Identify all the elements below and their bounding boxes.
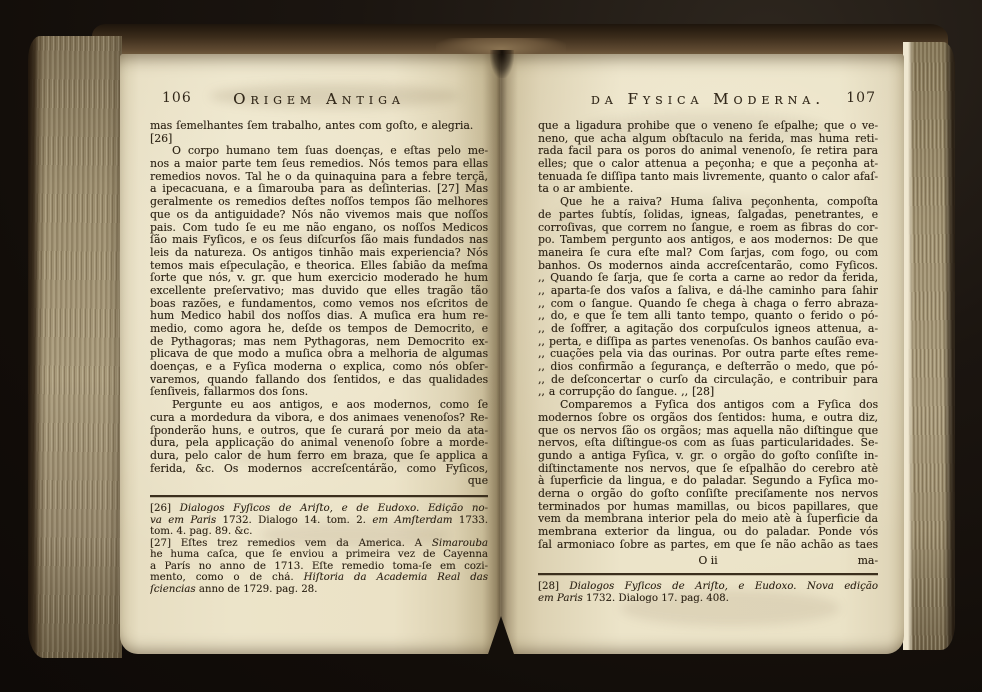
left-footnotes: [26] Dialogos Fyſicos de Ariſto, e de Eu… [150, 503, 488, 595]
footnote-segment: 1732. Dialogo 17. pag. 408. [586, 593, 729, 604]
text-line: ,, cuações pela via das ourinas. Por out… [538, 348, 878, 361]
footnote-line: mento, como o de chá. Hiſtoria da Academ… [150, 572, 488, 584]
text-line: corroſivas, que correm no ſangue, e roem… [538, 222, 878, 235]
text-line: dura, pela applicação do animal venenoſo… [150, 437, 488, 450]
text-line: ſal armoniaco ſobre as partes, em que ſe… [538, 539, 878, 552]
book-photo-scene: 106 Origem Antiga mas ſemelhantes ſem tr… [0, 0, 982, 692]
left-fore-edge [28, 36, 122, 658]
right-catchword: ma- [858, 554, 878, 567]
text-line: pais. Com tudo ſe eu me não engano, os n… [150, 222, 488, 235]
text-line: ſenſiveis, fallarmos dos ſons. [150, 386, 488, 399]
footnote-line: a París no anno de 1713. Eſte remedio to… [150, 561, 488, 573]
right-footnote-rule [538, 573, 878, 575]
text-line: geralmente os remedios deſtes noſſos tem… [150, 196, 488, 209]
text-line: mas ſemelhantes ſem trabalho, antes com … [150, 120, 488, 133]
footnote-segment: Hiſtoria da Academia Real das [304, 572, 488, 583]
spine-top-notch [490, 50, 514, 78]
text-line: ,, de deſconcertar o curſo da circulação… [538, 374, 878, 387]
text-line: ,, com o ſangue. Quando ſe chega à chaga… [538, 298, 878, 311]
text-line: derna o orgão do goſto conſiſte preciſam… [538, 488, 878, 501]
right-page-body: que a ligadura prohibe que o veneno ſe e… [538, 120, 878, 551]
left-page: 106 Origem Antiga mas ſemelhantes ſem tr… [120, 54, 500, 654]
left-running-title: Origem Antiga [150, 90, 488, 108]
footnote-segment: em Amſterdam [372, 515, 459, 526]
footnote-segment: [26] [150, 503, 180, 514]
text-line: hum Medico habil dos noſſos dias. A muſi… [150, 310, 488, 323]
text-line: à ſuperficie da lingua, e do paladar. Se… [538, 475, 878, 488]
text-line: ,, perta, e diſſipa as partes venenoſas.… [538, 336, 878, 349]
text-line: Pergunte eu aos antigos, e aos modernos,… [150, 399, 488, 412]
text-line: elles; que o calor attenua a peçonha; e … [538, 158, 878, 171]
text-line: doenças, e a Fyſica moderna o explica, c… [150, 361, 488, 374]
text-line: modernos ſobre os orgãos dos ſentidos: h… [538, 412, 878, 425]
right-footnotes: [28] Dialogos Fyſicos de Ariſto, e Eudox… [538, 581, 878, 604]
text-line: plicava de que modo a muſica obra a melh… [150, 348, 488, 361]
footnote-line: tom. 4. pag. 89. &c. [150, 526, 488, 538]
text-line: neno, que acha algum obſtaculo na ferida… [538, 133, 878, 146]
text-line: gundo a antiga Fyſica, v. gr. o orgão do… [538, 450, 878, 463]
footnote-segment: ſciencias [150, 584, 199, 595]
right-page: da Fysica Moderna. 107 que a ligadura pr… [500, 54, 904, 654]
footnote-segment: Dialogos Fyſicos de Ariſto, e Eudoxo. No… [569, 581, 878, 592]
text-line: ſponderão huns, e outros, que ſe curará … [150, 425, 488, 438]
footnote-line: he huma caſca, que ſe enviou a primeira … [150, 549, 488, 561]
footnote-segment: 1732. Dialogo 14. tom. 2. [223, 515, 373, 526]
text-line: dura, pelo calor de hum ferro em braza, … [150, 450, 488, 463]
footnote-segment: Simarouba [432, 538, 488, 549]
text-line: cura a mordedura da vibora, e dos animae… [150, 412, 488, 425]
text-line: ,, dios confirmão a ſegurança, e deſterr… [538, 361, 878, 374]
footnote-line: [27] Eſtes trez remedios vem da America.… [150, 538, 488, 550]
text-line: ſão mais Fyſicos, e os ſeus diſcurſos ſã… [150, 234, 488, 247]
text-line: ,, aparta-ſe dos vaſos a ſaliva, e dá-lh… [538, 285, 878, 298]
footnote-line: [26] Dialogos Fyſicos de Ariſto, e de Eu… [150, 503, 488, 515]
text-line: de partes ſubtís, ſolidas, igneas, ſalga… [538, 209, 878, 222]
text-line: Que he a raiva? Huma ſaliva peçonhenta, … [538, 196, 878, 209]
footnote-segment: Dialogos Fyſicos de Ariſto, e de Eudoxo.… [180, 503, 488, 514]
text-line: membrana exterior da lingua, ou do palad… [538, 526, 878, 539]
right-page-header: da Fysica Moderna. 107 [538, 90, 878, 110]
footnote-segment: va em Paris [150, 515, 223, 526]
footnote-segment: mento, como o de chá. [150, 572, 304, 583]
signature-row: O ii ma- [538, 554, 878, 567]
text-line: Comparemos a Fyſica dos antigos com a Fy… [538, 399, 878, 412]
text-line: temos mais eſpeculação, e theorica. Elle… [150, 260, 488, 273]
text-line: ta o ar ambiente. [538, 183, 878, 196]
text-line: ,, a corrupção do ſangue. ,, [28] [538, 386, 878, 399]
text-line: excellente preſervativo; mas duvido que … [150, 285, 488, 298]
left-page-number: 106 [162, 90, 192, 106]
text-line: diſtinctamente nos nervos, que ſe eſpalh… [538, 463, 878, 476]
text-line: ,, Quando ſe ſarja, que ſe corta a carne… [538, 272, 878, 285]
footnote-line: ſciencias anno de 1729. pag. 28. [150, 584, 488, 596]
right-fore-edge [903, 42, 955, 650]
text-line: ſorte que nós, v. gr. que hum exercicio … [150, 272, 488, 285]
footnote-line: va em Paris 1732. Dialogo 14. tom. 2. em… [150, 515, 488, 527]
footnote-segment: 1733. [459, 515, 488, 526]
text-line: vem da membrana interior pela do meio at… [538, 513, 878, 526]
text-line: de Pythagoras; mas nem Pythagoras, nem D… [150, 336, 488, 349]
text-line: remedios novos. Tal he o da quinaquina p… [150, 171, 488, 184]
text-line: ,, de ſoffrer, a agitação dos corpuſculo… [538, 323, 878, 336]
left-catchword: que [150, 475, 488, 488]
footnote-segment: [28] [538, 581, 569, 592]
text-line: [26] [150, 133, 488, 146]
text-line: ,, do, e que ſe tem alli tanto tempo, qu… [538, 310, 878, 323]
text-line: que a ligadura prohibe que o veneno ſe e… [538, 120, 878, 133]
footnote-segment: [27] Eſtes trez remedios vem da America.… [150, 538, 432, 549]
footnote-line: em Paris 1732. Dialogo 17. pag. 408. [538, 593, 878, 605]
text-line: boas razões, e fundamentos, como vemos n… [150, 298, 488, 311]
footnote-line: [28] Dialogos Fyſicos de Ariſto, e Eudox… [538, 581, 878, 593]
text-line: a ipecacuana, e a ſimarouba para as deſi… [150, 183, 488, 196]
footnote-segment: anno de 1729. pag. 28. [199, 584, 318, 595]
text-line: po. Tambem pergunto aos antigos, e aos m… [538, 234, 878, 247]
text-line: tenuada ſe diſſipa tanto mais livremente… [538, 171, 878, 184]
text-line: nervos, eſta diſtingue-os com as ſuas pa… [538, 437, 878, 450]
text-line: leis da natureza. Os antigos tinhão mais… [150, 247, 488, 260]
right-running-title: da Fysica Moderna. [538, 90, 878, 108]
text-line: medio, como agora he, deſde os tempos de… [150, 323, 488, 336]
left-page-body: mas ſemelhantes ſem trabalho, antes com … [150, 120, 488, 475]
left-page-header: 106 Origem Antiga [150, 90, 488, 110]
text-line: O corpo humano tem ſuas doenças, e eſtas… [150, 145, 488, 158]
right-page-number: 107 [846, 90, 876, 106]
text-line: que os da antiguidade? Nós não vivemos m… [150, 209, 488, 222]
footnote-segment: em Paris [538, 593, 586, 604]
text-line: ferida, &c. Os modernos accreſcentárão, … [150, 463, 488, 476]
signature-mark: O ii [698, 554, 717, 567]
text-line: terminados por humas mamillas, ou bicos … [538, 501, 878, 514]
text-line: rada facil para os poros do animal venen… [538, 145, 878, 158]
text-line: varemos, quando fallando dos ſentidos, e… [150, 374, 488, 387]
left-footnote-rule [150, 495, 488, 497]
text-line: maneira ſe cura eſte mal? Com ſarjas, co… [538, 247, 878, 260]
text-line: que os nervos ſão os orgãos; mas aquella… [538, 425, 878, 438]
text-line: banhos. Os modernos ainda accreſcentarão… [538, 260, 878, 273]
text-line: nos a maior parte tem ſeus remedios. Nós… [150, 158, 488, 171]
